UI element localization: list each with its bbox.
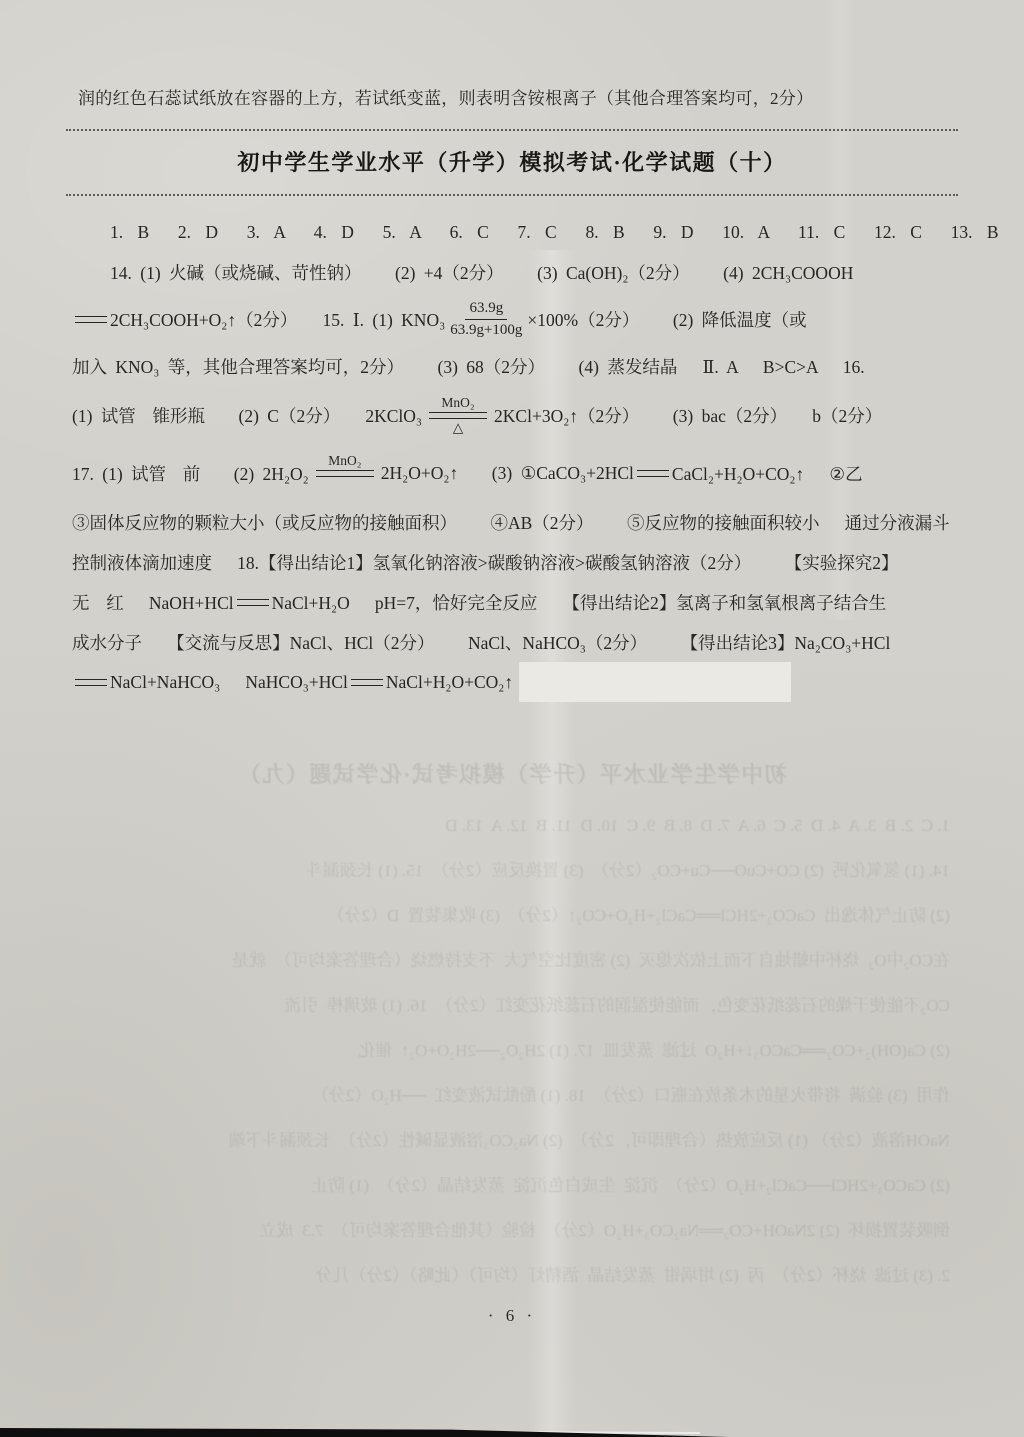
reaction-condition-sign: MnO₂△ bbox=[429, 395, 487, 435]
bleedthrough-line: (2) 防止气体逸出 CaCO₃+2HCl══CaCl₂+H₂O+CO₂↑（2分… bbox=[0, 893, 1024, 938]
answer-text: 14. (1) 火碱（或烧碱、苛性钠） (2) +4（2分） (3) Ca(OH… bbox=[110, 260, 853, 285]
reaction-condition-sign: MnO₂ bbox=[316, 453, 374, 493]
condition-above: MnO₂ bbox=[328, 453, 361, 469]
bleedthrough-title: 初中学生学业水平（升学）模拟考试·化学试题（九） bbox=[0, 758, 1024, 789]
answer-text: NaCl+H₂O pH=7，恰好完全反应 【得出结论2】氢离子和氢氧根离子结合生 bbox=[272, 590, 887, 615]
answer-text: ③固体反应物的颗粒大小（或反应物的接触面积） ④AB（2分） ⑤反应物的接触面积… bbox=[72, 510, 950, 535]
answer-text: 2CH₃COOH+O₂↑（2分） 15. Ⅰ. (1) KNO₃ bbox=[110, 307, 445, 332]
answer-line: 控制液体滴加速度 18.【得出结论1】氢氧化钠溶液>碳酸钠溶液>碳酸氢钠溶液（2… bbox=[72, 542, 960, 582]
double-equals-sign bbox=[637, 470, 669, 477]
answer-line: 2CH₃COOH+O₂↑（2分） 15. Ⅰ. (1) KNO₃63.9g63.… bbox=[72, 292, 960, 346]
answer-text: 控制液体滴加速度 18.【得出结论1】氢氧化钠溶液>碳酸钠溶液>碳酸氢钠溶液（2… bbox=[72, 550, 899, 575]
whiteout-box bbox=[519, 662, 791, 702]
answer-line: NaCl+NaHCO₃ NaHCO₃+HClNaCl+H₂O+CO₂↑ bbox=[72, 662, 960, 702]
answer-line: 加入 KNO₃ 等，其他合理答案均可，2分） (3) 68（2分） (4) 蒸发… bbox=[72, 346, 960, 386]
bleedthrough-line: 在CO₂中O₂ 烧杯中蜡烛自下而上依次熄灭 (2) 密度比空气大 不支持燃烧（合… bbox=[0, 938, 1024, 983]
bleedthrough-line: CO₂不能使干燥的石蕊纸花变色，而能使湿润的石蕊纸花变红（2分） 16. (1)… bbox=[0, 983, 1024, 1028]
fraction-denominator: 63.9g+100g bbox=[450, 320, 522, 340]
answer-line: 无 红 NaOH+HClNaCl+H₂O pH=7，恰好完全反应 【得出结论2】… bbox=[72, 582, 960, 622]
header-continuation-text: 润的红色石蕊试纸放在容器的上方，若试纸变蓝，则表明含铵根离子（其他合理答案均可，… bbox=[78, 84, 938, 109]
bleedthrough-line: 作用 (3) 验满 将带火星的木条放在瓶口（2分） 18. (1) 酚酞试液变红… bbox=[0, 1073, 1024, 1118]
bleedthrough-line: 1. C 2. B 3. A 4. D 5. C 6. A 7. D 8. B … bbox=[0, 803, 1024, 848]
bleedthrough-lines: 1. C 2. B 3. A 4. D 5. C 6. A 7. D 8. B … bbox=[0, 803, 1024, 1298]
dotted-divider-top bbox=[66, 129, 958, 131]
bleedthrough-line: 2. (3) 过滤 烧杯（2分） 丙 (2) 坩埚钳 蒸发结晶 酒精灯（均可）（… bbox=[0, 1253, 1024, 1298]
page-number: · 6 · bbox=[0, 1306, 1024, 1326]
answer-line: 成水分子 【交流与反思】NaCl、HCl（2分） NaCl、NaHCO₃（2分）… bbox=[72, 622, 960, 662]
double-equals-sign bbox=[237, 599, 269, 606]
answer-text: ×100%（2分） (2) 降低温度（或 bbox=[527, 307, 806, 332]
double-equals-sign bbox=[75, 316, 107, 323]
double-line bbox=[316, 470, 374, 477]
answer-text: 1. B 2. D 3. A 4. D 5. A 6. C 7. C 8. B … bbox=[110, 222, 999, 243]
fraction: 63.9g63.9g+100g bbox=[450, 299, 522, 340]
answer-text: 17. (1) 试管 前 (2) 2H₂O₂ bbox=[72, 461, 309, 486]
answer-line: ③固体反应物的颗粒大小（或反应物的接触面积） ④AB（2分） ⑤反应物的接触面积… bbox=[72, 502, 960, 542]
answer-text: 无 红 NaOH+HCl bbox=[72, 590, 234, 615]
double-equals-sign bbox=[75, 679, 107, 686]
page-title: 初中学生学业水平（升学）模拟考试·化学试题（十） bbox=[0, 146, 1024, 177]
bleedthrough-line: NaOH溶液（2分） (1) 反应放热（合理即可，2分） (2) Na₂CO₃溶… bbox=[0, 1118, 1024, 1163]
bleedthrough-line: (2) CaCO₃+2HCl──CaCl₂+H₂O（2分） 沉淀 生成白色沉淀 … bbox=[0, 1163, 1024, 1208]
answer-key-body: 1. B 2. D 3. A 4. D 5. A 6. C 7. C 8. B … bbox=[72, 212, 960, 702]
answer-text: (1) 试管 锥形瓶 (2) C（2分） 2KClO₃ bbox=[72, 403, 422, 428]
answer-text: NaCl+H₂O+CO₂↑ bbox=[386, 672, 513, 693]
answer-text: 2KCl+3O₂↑（2分） (3) bac（2分） b（2分） bbox=[494, 403, 882, 428]
bleedthrough-text: 初中学生学业水平（升学）模拟考试·化学试题（九） 1. C 2. B 3. A … bbox=[0, 752, 1024, 1298]
double-line bbox=[429, 412, 487, 419]
condition-below: △ bbox=[453, 420, 463, 436]
fraction-numerator: 63.9g bbox=[465, 299, 507, 320]
answer-text: CaCl₂+H₂O+CO₂↑ ②乙 bbox=[672, 461, 863, 486]
bleedthrough-line: 14. (1) 氢氧化钙 (2) CO+CuO──Cu+CO₂（2分） (3) … bbox=[0, 848, 1024, 893]
answer-text: 2H₂O+O₂↑ (3) ①CaCO₃+2HCl bbox=[381, 463, 634, 484]
answer-text: 加入 KNO₃ 等，其他合理答案均可，2分） (3) 68（2分） (4) 蒸发… bbox=[72, 354, 865, 379]
scanned-answer-page: 润的红色石蕊试纸放在容器的上方，若试纸变蓝，则表明含铵根离子（其他合理答案均可，… bbox=[0, 0, 1024, 1437]
answer-line: 1. B 2. D 3. A 4. D 5. A 6. C 7. C 8. B … bbox=[72, 212, 960, 252]
condition-above: MnO₂ bbox=[441, 395, 474, 411]
answer-line: (1) 试管 锥形瓶 (2) C（2分） 2KClO₃MnO₂△2KCl+3O₂… bbox=[72, 386, 960, 444]
answer-text: 成水分子 【交流与反思】NaCl、HCl（2分） NaCl、NaHCO₃（2分）… bbox=[72, 630, 890, 655]
answer-line: 14. (1) 火碱（或烧碱、苛性钠） (2) +4（2分） (3) Ca(OH… bbox=[72, 252, 960, 292]
answer-text: NaCl+NaHCO₃ NaHCO₃+HCl bbox=[110, 672, 348, 693]
answer-line: 17. (1) 试管 前 (2) 2H₂O₂MnO₂2H₂O+O₂↑ (3) ①… bbox=[72, 444, 960, 502]
bleedthrough-line: (2) Ca(OH)₂+CO₂══CaCO₃↓+H₂O 过滤 蒸发皿 17. (… bbox=[0, 1028, 1024, 1073]
dotted-divider-bottom bbox=[66, 194, 958, 196]
double-equals-sign bbox=[351, 679, 383, 686]
bleedthrough-line: 倒吸装置损坏 (2) 2NaOH+CO₂══Na₂CO₃+H₂O（2分） 检验（… bbox=[0, 1208, 1024, 1253]
